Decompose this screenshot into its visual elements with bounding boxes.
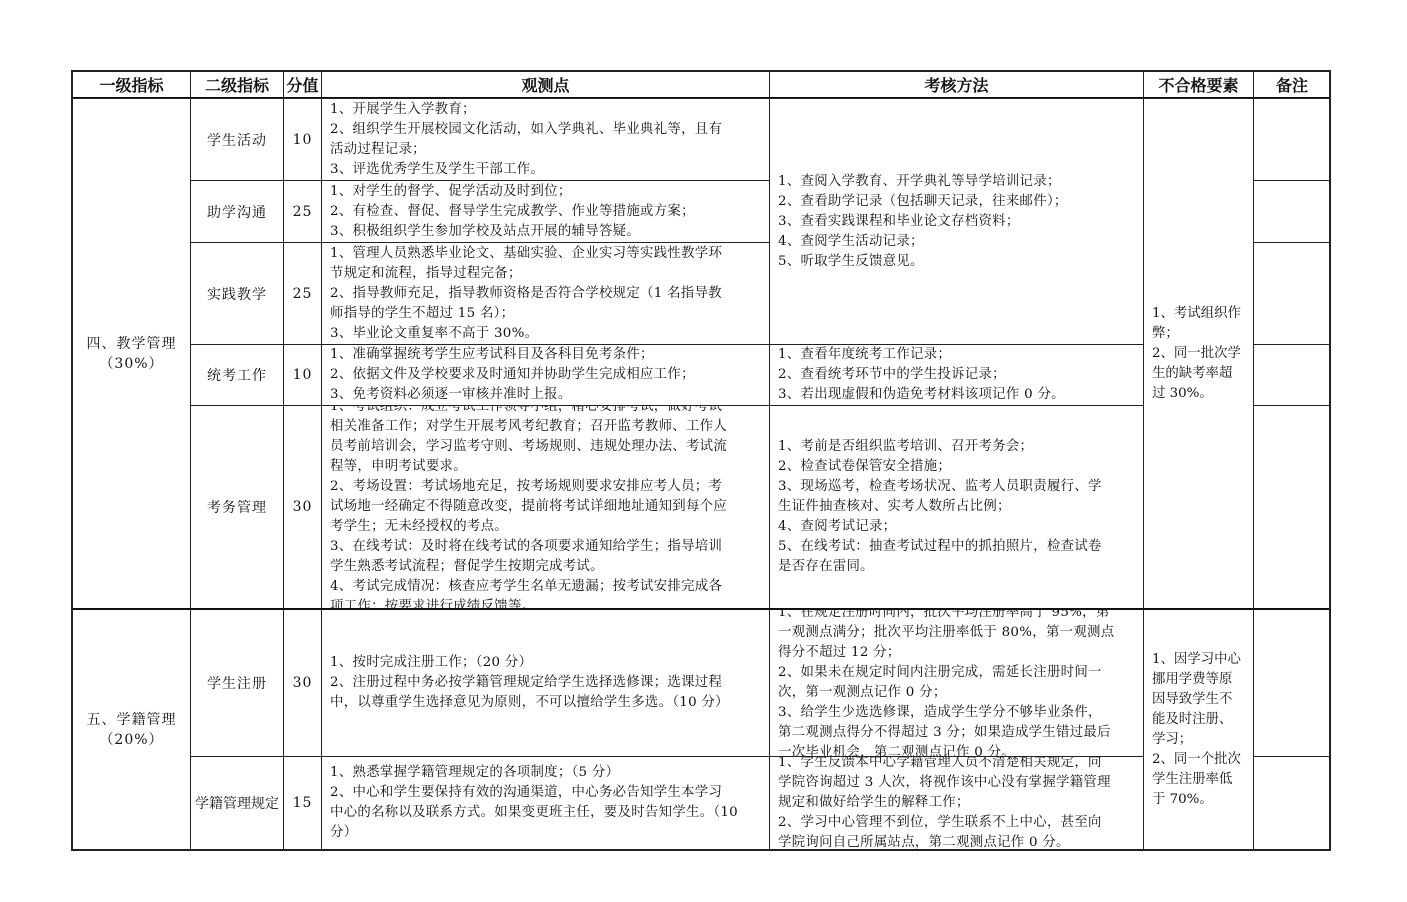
level2-practical-teaching: 实践教学	[190, 242, 284, 345]
level2-unified-exam: 统考工作	[190, 344, 284, 406]
remark-practical-teaching[interactable]	[1253, 242, 1331, 345]
method-status-regulations: 1、学生反馈本中心学籍管理人员不清楚相关规定，向 学院咨询超过 3 人次，将视作…	[769, 756, 1144, 850]
observation-exam-affairs: 1、考试组织：成立考试工作领导小组，精心安排考试，做好考试 相关准备工作；对学生…	[321, 405, 770, 609]
score-status-regulations: 15	[283, 756, 322, 850]
observation-learning-support: 1、对学生的督学、促学活动及时到位； 2、有检查、督促、督导学生完成教学、作业等…	[321, 180, 770, 243]
score-learning-support: 25	[283, 180, 322, 243]
score-student-registration: 30	[283, 608, 322, 757]
level2-student-registration: 学生注册	[190, 608, 284, 757]
header-fail-factors: 不合格要素	[1143, 71, 1254, 99]
level2-learning-support: 助学沟通	[190, 180, 284, 243]
header-observation: 观测点	[321, 71, 770, 99]
header-level1: 一级指标	[72, 71, 191, 99]
level1-name: 四、教学管理	[87, 334, 177, 354]
level2-student-activities: 学生活动	[190, 98, 284, 181]
method-student-registration: 1、在规定注册时间内，批次平均注册率高于 95%，第 一观测点满分；批次平均注册…	[769, 608, 1144, 757]
observation-student-registration: 1、按时完成注册工作；（20 分） 2、注册过程中务必按学籍管理规定给学生选择选…	[321, 608, 770, 757]
header-method: 考核方法	[769, 71, 1144, 99]
level1-name: 五、学籍管理	[87, 710, 177, 730]
method-rows-1-3: 1、查阅入学教育、开学典礼等导学培训记录； 2、查看助学记录（包括聊天记录，往来…	[769, 98, 1144, 345]
score-practical-teaching: 25	[283, 242, 322, 345]
level2-status-regulations: 学籍管理规定	[190, 756, 284, 850]
remark-student-activities[interactable]	[1253, 98, 1331, 181]
score-student-activities: 10	[283, 98, 322, 181]
level1-cell-student-status-management: 五、学籍管理 （20%）	[72, 608, 191, 850]
observation-student-activities: 1、开展学生入学教育； 2、组织学生开展校园文化活动，如入学典礼、毕业典礼等，且…	[321, 98, 770, 181]
header-level2: 二级指标	[190, 71, 284, 99]
score-exam-affairs: 30	[283, 405, 322, 609]
header-score: 分值	[283, 71, 322, 99]
fail-factors-teaching-management: 1、考试组织作 弊； 2、同一批次学 生的缺考率超 过 30%。	[1143, 98, 1254, 609]
remark-exam-affairs[interactable]	[1253, 405, 1331, 609]
observation-status-regulations: 1、熟悉掌握学籍管理规定的各项制度；（5 分） 2、中心和学生要保持有效的沟通渠…	[321, 756, 770, 850]
level1-cell-teaching-management: 四、教学管理 （30%）	[72, 98, 191, 609]
observation-practical-teaching: 1、管理人员熟悉毕业论文、基础实验、企业实习等实践性教学环 节规定和流程，指导过…	[321, 242, 770, 345]
remark-learning-support[interactable]	[1253, 180, 1331, 243]
level2-exam-affairs: 考务管理	[190, 405, 284, 609]
observation-unified-exam: 1、准确掌握统考学生应考试科目及各科目免考条件； 2、依据文件及学校要求及时通知…	[321, 344, 770, 406]
score-unified-exam: 10	[283, 344, 322, 406]
remark-unified-exam[interactable]	[1253, 344, 1331, 406]
header-remarks: 备注	[1253, 71, 1331, 99]
remark-student-registration[interactable]	[1253, 608, 1331, 757]
level1-weight: （30%）	[99, 354, 163, 374]
remark-status-regulations[interactable]	[1253, 756, 1331, 850]
method-unified-exam: 1、查看年度统考工作记录； 2、查看统考环节中的学生投诉记录； 3、若出现虚假和…	[769, 344, 1144, 406]
fail-factors-student-status-management: 1、因学习中心 挪用学费等原 因导致学生不 能及时注册、 学习； 2、同一个批次…	[1143, 608, 1254, 850]
method-exam-affairs: 1、考前是否组织监考培训、召开考务会； 2、检查试卷保管安全措施； 3、现场巡考…	[769, 405, 1144, 609]
level1-weight: （20%）	[99, 730, 163, 750]
